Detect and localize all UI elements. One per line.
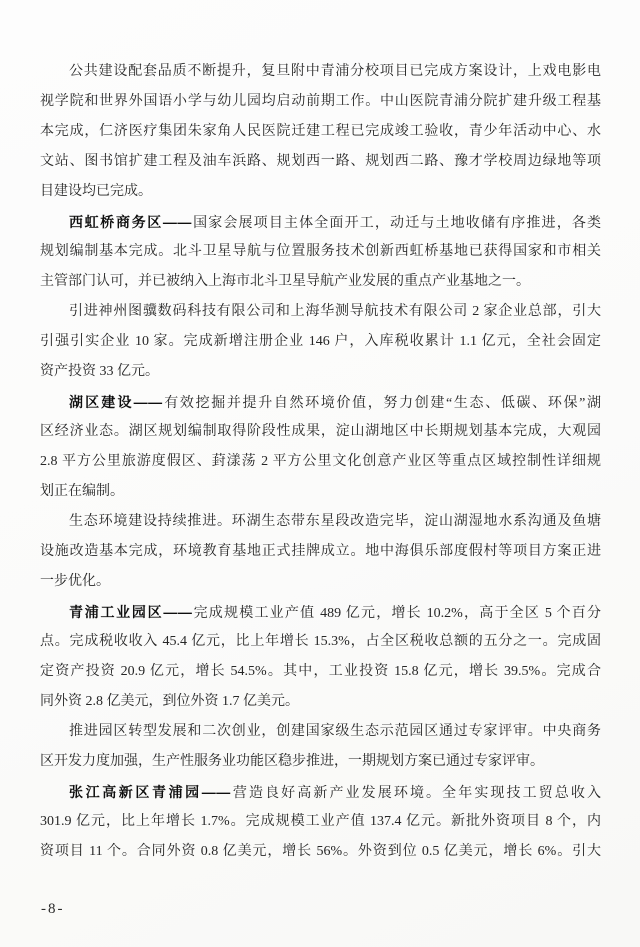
text-line: 划正在编制。 — [40, 477, 601, 507]
paragraph: 西虹桥商务区——国家会展项目主体全面开工，动迁与土地收储有序推进，各类规划编制基… — [40, 207, 601, 297]
paragraph: 推进园区转型发展和二次创业，创建国家级生态示范园区通过专家评审。中央商务区开发力… — [40, 717, 601, 777]
text-line: 资项目 11 个。合同外资 0.8 亿美元，增长 56%。外资到位 0.5 亿美… — [40, 837, 601, 867]
text-line: 推进园区转型发展和二次创业，创建国家级生态示范园区通过专家评审。中央商务 — [40, 717, 601, 747]
text-line: 同外资 2.8 亿美元，到位外资 1.7 亿美元。 — [40, 687, 601, 717]
text-line: 青浦工业园区——完成规模工业产值 489 亿元，增长 10.2%，高于全区 5 … — [40, 597, 601, 627]
text-line: 西虹桥商务区——国家会展项目主体全面开工，动迁与土地收储有序推进，各类 — [40, 207, 601, 237]
text-line: 区开发力度加强，生产性服务业功能区稳步推进，一期规划方案已通过专家评审。 — [40, 747, 601, 777]
paragraph: 引进神州图骥数码科技有限公司和上海华测导航技术有限公司 2 家企业总部，引大引强… — [40, 297, 601, 387]
text-line: 规划编制基本完成。北斗卫星导航与位置服务技术创新西虹桥基地已获得国家和市相关 — [40, 237, 601, 267]
document-page: 公共建设配套品质不断提升，复旦附中青浦分校项目已完成方案设计，上戏电影电视学院和… — [0, 0, 640, 947]
section-heading: 青浦工业园区—— — [69, 604, 192, 620]
text-line: 湖区建设——有效挖掘并提升自然环境价值，努力创建“生态、低碳、环保”湖 — [40, 387, 601, 417]
text-line: 公共建设配套品质不断提升，复旦附中青浦分校项目已完成方案设计，上戏电影电 — [40, 57, 601, 87]
text-line: 点。完成税收收入 45.4 亿元，比上年增长 15.3%，占全区税收总额的五分之… — [40, 627, 601, 657]
text-line: 2.8 平方公里旅游度假区、葑漾荡 2 平方公里文化创意产业区等重点区域控制性详… — [40, 447, 601, 477]
paragraph: 公共建设配套品质不断提升，复旦附中青浦分校项目已完成方案设计，上戏电影电视学院和… — [40, 57, 601, 207]
text-line: 定资产投资 20.9 亿元，增长 54.5%。其中，工业投资 15.8 亿元，增… — [40, 657, 601, 687]
paragraph: 生态环境建设持续推进。环湖生态带东星段改造完毕，淀山湖湿地水系沟通及鱼塘设施改造… — [40, 507, 601, 597]
text-line: 区经济业态。湖区规划编制取得阶段性成果，淀山湖地区中长期规划基本完成，大观园 — [40, 417, 601, 447]
page-number: -8- — [41, 901, 65, 918]
paragraph: 青浦工业园区——完成规模工业产值 489 亿元，增长 10.2%，高于全区 5 … — [40, 597, 601, 717]
text-line: 文站、图书馆扩建工程及油车浜路、规划西一路、规划西二路、豫才学校周边绿地等项 — [40, 147, 601, 177]
text-line: 视学院和世界外国语小学与幼儿园均启动前期工作。中山医院青浦分院扩建升级工程基 — [40, 87, 601, 117]
text-line: 资产投资 33 亿元。 — [40, 357, 601, 387]
paragraph: 湖区建设——有效挖掘并提升自然环境价值，努力创建“生态、低碳、环保”湖区经济业态… — [40, 387, 601, 507]
paragraph: 张江高新区青浦园——营造良好高新产业发展环境。全年实现技工贸总收入301.9 亿… — [40, 777, 601, 867]
text-line: 引强引实企业 10 家。完成新增注册企业 146 户，入库税收累计 1.1 亿元… — [40, 327, 601, 357]
section-heading: 湖区建设—— — [69, 394, 163, 410]
text-line: 引进神州图骥数码科技有限公司和上海华测导航技术有限公司 2 家企业总部，引大 — [40, 297, 601, 327]
text-line: 设施改造基本完成，环境教育基地正式挂牌成立。地中海俱乐部度假村等项目方案正进 — [40, 537, 601, 567]
text-line: 主管部门认可，并已被纳入上海市北斗卫星导航产业发展的重点产业基地之一。 — [40, 267, 601, 297]
text-line: 本完成，仁济医疗集团朱家角人民医院迁建工程已完成竣工验收，青少年活动中心、水 — [40, 117, 601, 147]
document-body: 公共建设配套品质不断提升，复旦附中青浦分校项目已完成方案设计，上戏电影电视学院和… — [40, 57, 601, 867]
text-line: 生态环境建设持续推进。环湖生态带东星段改造完毕，淀山湖湿地水系沟通及鱼塘 — [40, 507, 601, 537]
text-line: 目建设均已完成。 — [40, 177, 601, 207]
section-heading: 张江高新区青浦园—— — [69, 784, 231, 800]
text-line: 301.9 亿元，比上年增长 1.7%。完成规模工业产值 137.4 亿元。新批… — [40, 807, 601, 837]
text-line: 张江高新区青浦园——营造良好高新产业发展环境。全年实现技工贸总收入 — [40, 777, 601, 807]
text-line: 一步优化。 — [40, 567, 601, 597]
section-heading: 西虹桥商务区—— — [69, 214, 192, 230]
